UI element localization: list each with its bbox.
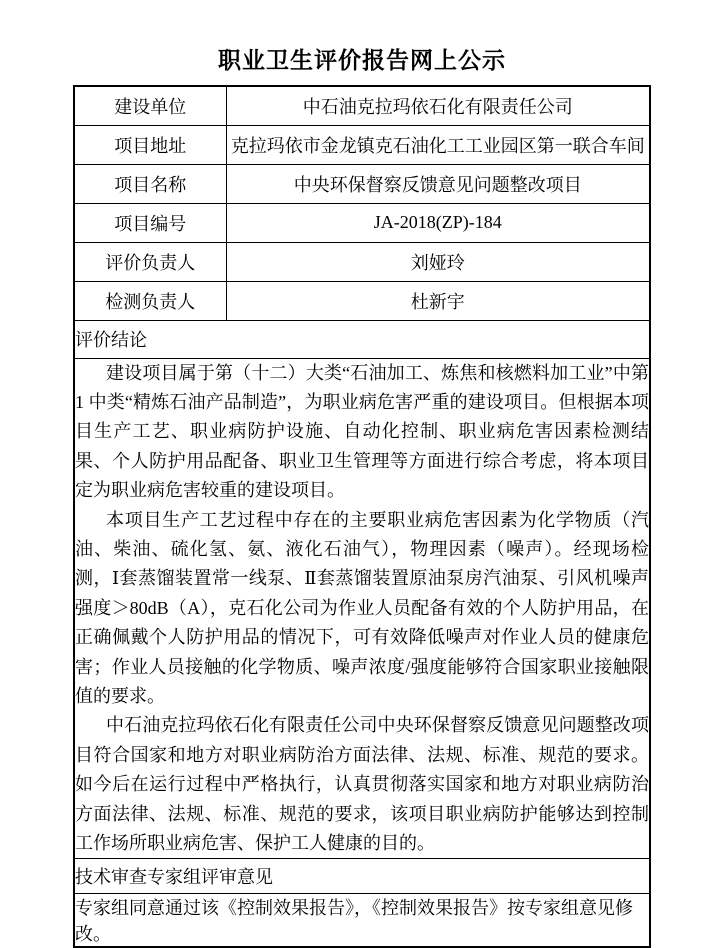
expert-review-content: 专家组同意通过该《控制效果报告》，《控制效果报告》按专家组意见修改。 xyxy=(74,894,650,948)
conclusion-paragraph-1: 建设项目属于第（十二）大类“石油加工、炼焦和核燃料加工业”中第 1 中类“精炼石… xyxy=(75,359,649,506)
field-value-project-number: JA-2018(ZP)-184 xyxy=(226,203,650,242)
field-label-construction-unit: 建设单位 xyxy=(74,86,226,125)
field-label-project-name: 项目名称 xyxy=(74,164,226,203)
report-table: 建设单位 中石油克拉玛依石化有限责任公司 项目地址 克拉玛依市金龙镇克石油化工工… xyxy=(73,85,651,948)
table-row-expert-review-body: 专家组同意通过该《控制效果报告》，《控制效果报告》按专家组意见修改。 xyxy=(74,894,650,948)
field-value-evaluation-lead: 刘娅玲 xyxy=(226,242,650,281)
field-label-project-address: 项目地址 xyxy=(74,125,226,164)
field-value-project-address: 克拉玛依市金龙镇克石油化工工业园区第一联合车间 xyxy=(226,125,650,164)
table-row-project-number: 项目编号 JA-2018(ZP)-184 xyxy=(74,203,650,242)
table-row-construction-unit: 建设单位 中石油克拉玛依石化有限责任公司 xyxy=(74,86,650,125)
table-row-testing-lead: 检测负责人 杜新宇 xyxy=(74,281,650,320)
field-value-construction-unit: 中石油克拉玛依石化有限责任公司 xyxy=(226,86,650,125)
document-page: 职业卫生评价报告网上公示 建设单位 中石油克拉玛依石化有限责任公司 项目地址 克… xyxy=(0,0,724,947)
field-label-project-number: 项目编号 xyxy=(74,203,226,242)
field-label-testing-lead: 检测负责人 xyxy=(74,281,226,320)
table-row-project-name: 项目名称 中央环保督察反馈意见问题整改项目 xyxy=(74,164,650,203)
conclusion-paragraphs-cell: 建设项目属于第（十二）大类“石油加工、炼焦和核燃料加工业”中第 1 中类“精炼石… xyxy=(74,358,650,859)
field-label-evaluation-lead: 评价负责人 xyxy=(74,242,226,281)
page-title: 职业卫生评价报告网上公示 xyxy=(0,42,724,75)
table-row-project-address: 项目地址 克拉玛依市金龙镇克石油化工工业园区第一联合车间 xyxy=(74,125,650,164)
conclusion-section-label: 评价结论 xyxy=(74,320,650,358)
report-table-body: 建设单位 中石油克拉玛依石化有限责任公司 项目地址 克拉玛依市金龙镇克石油化工工… xyxy=(74,86,650,947)
table-row-conclusion-body: 建设项目属于第（十二）大类“石油加工、炼焦和核燃料加工业”中第 1 中类“精炼石… xyxy=(74,358,650,859)
table-row-conclusion-header: 评价结论 xyxy=(74,320,650,358)
conclusion-paragraph-2: 本项目生产工艺过程中存在的主要职业病危害因素为化学物质（汽油、柴油、硫化氢、氨、… xyxy=(75,506,649,712)
field-value-project-name: 中央环保督察反馈意见问题整改项目 xyxy=(226,164,650,203)
table-row-expert-review-header: 技术审查专家组评审意见 xyxy=(74,859,650,894)
table-row-evaluation-lead: 评价负责人 刘娅玲 xyxy=(74,242,650,281)
expert-review-section-label: 技术审查专家组评审意见 xyxy=(74,859,650,894)
conclusion-paragraph-3: 中石油克拉玛依石化有限责任公司中央环保督察反馈意见问题整改项目符合国家和地方对职… xyxy=(75,711,649,858)
field-value-testing-lead: 杜新宇 xyxy=(226,281,650,320)
